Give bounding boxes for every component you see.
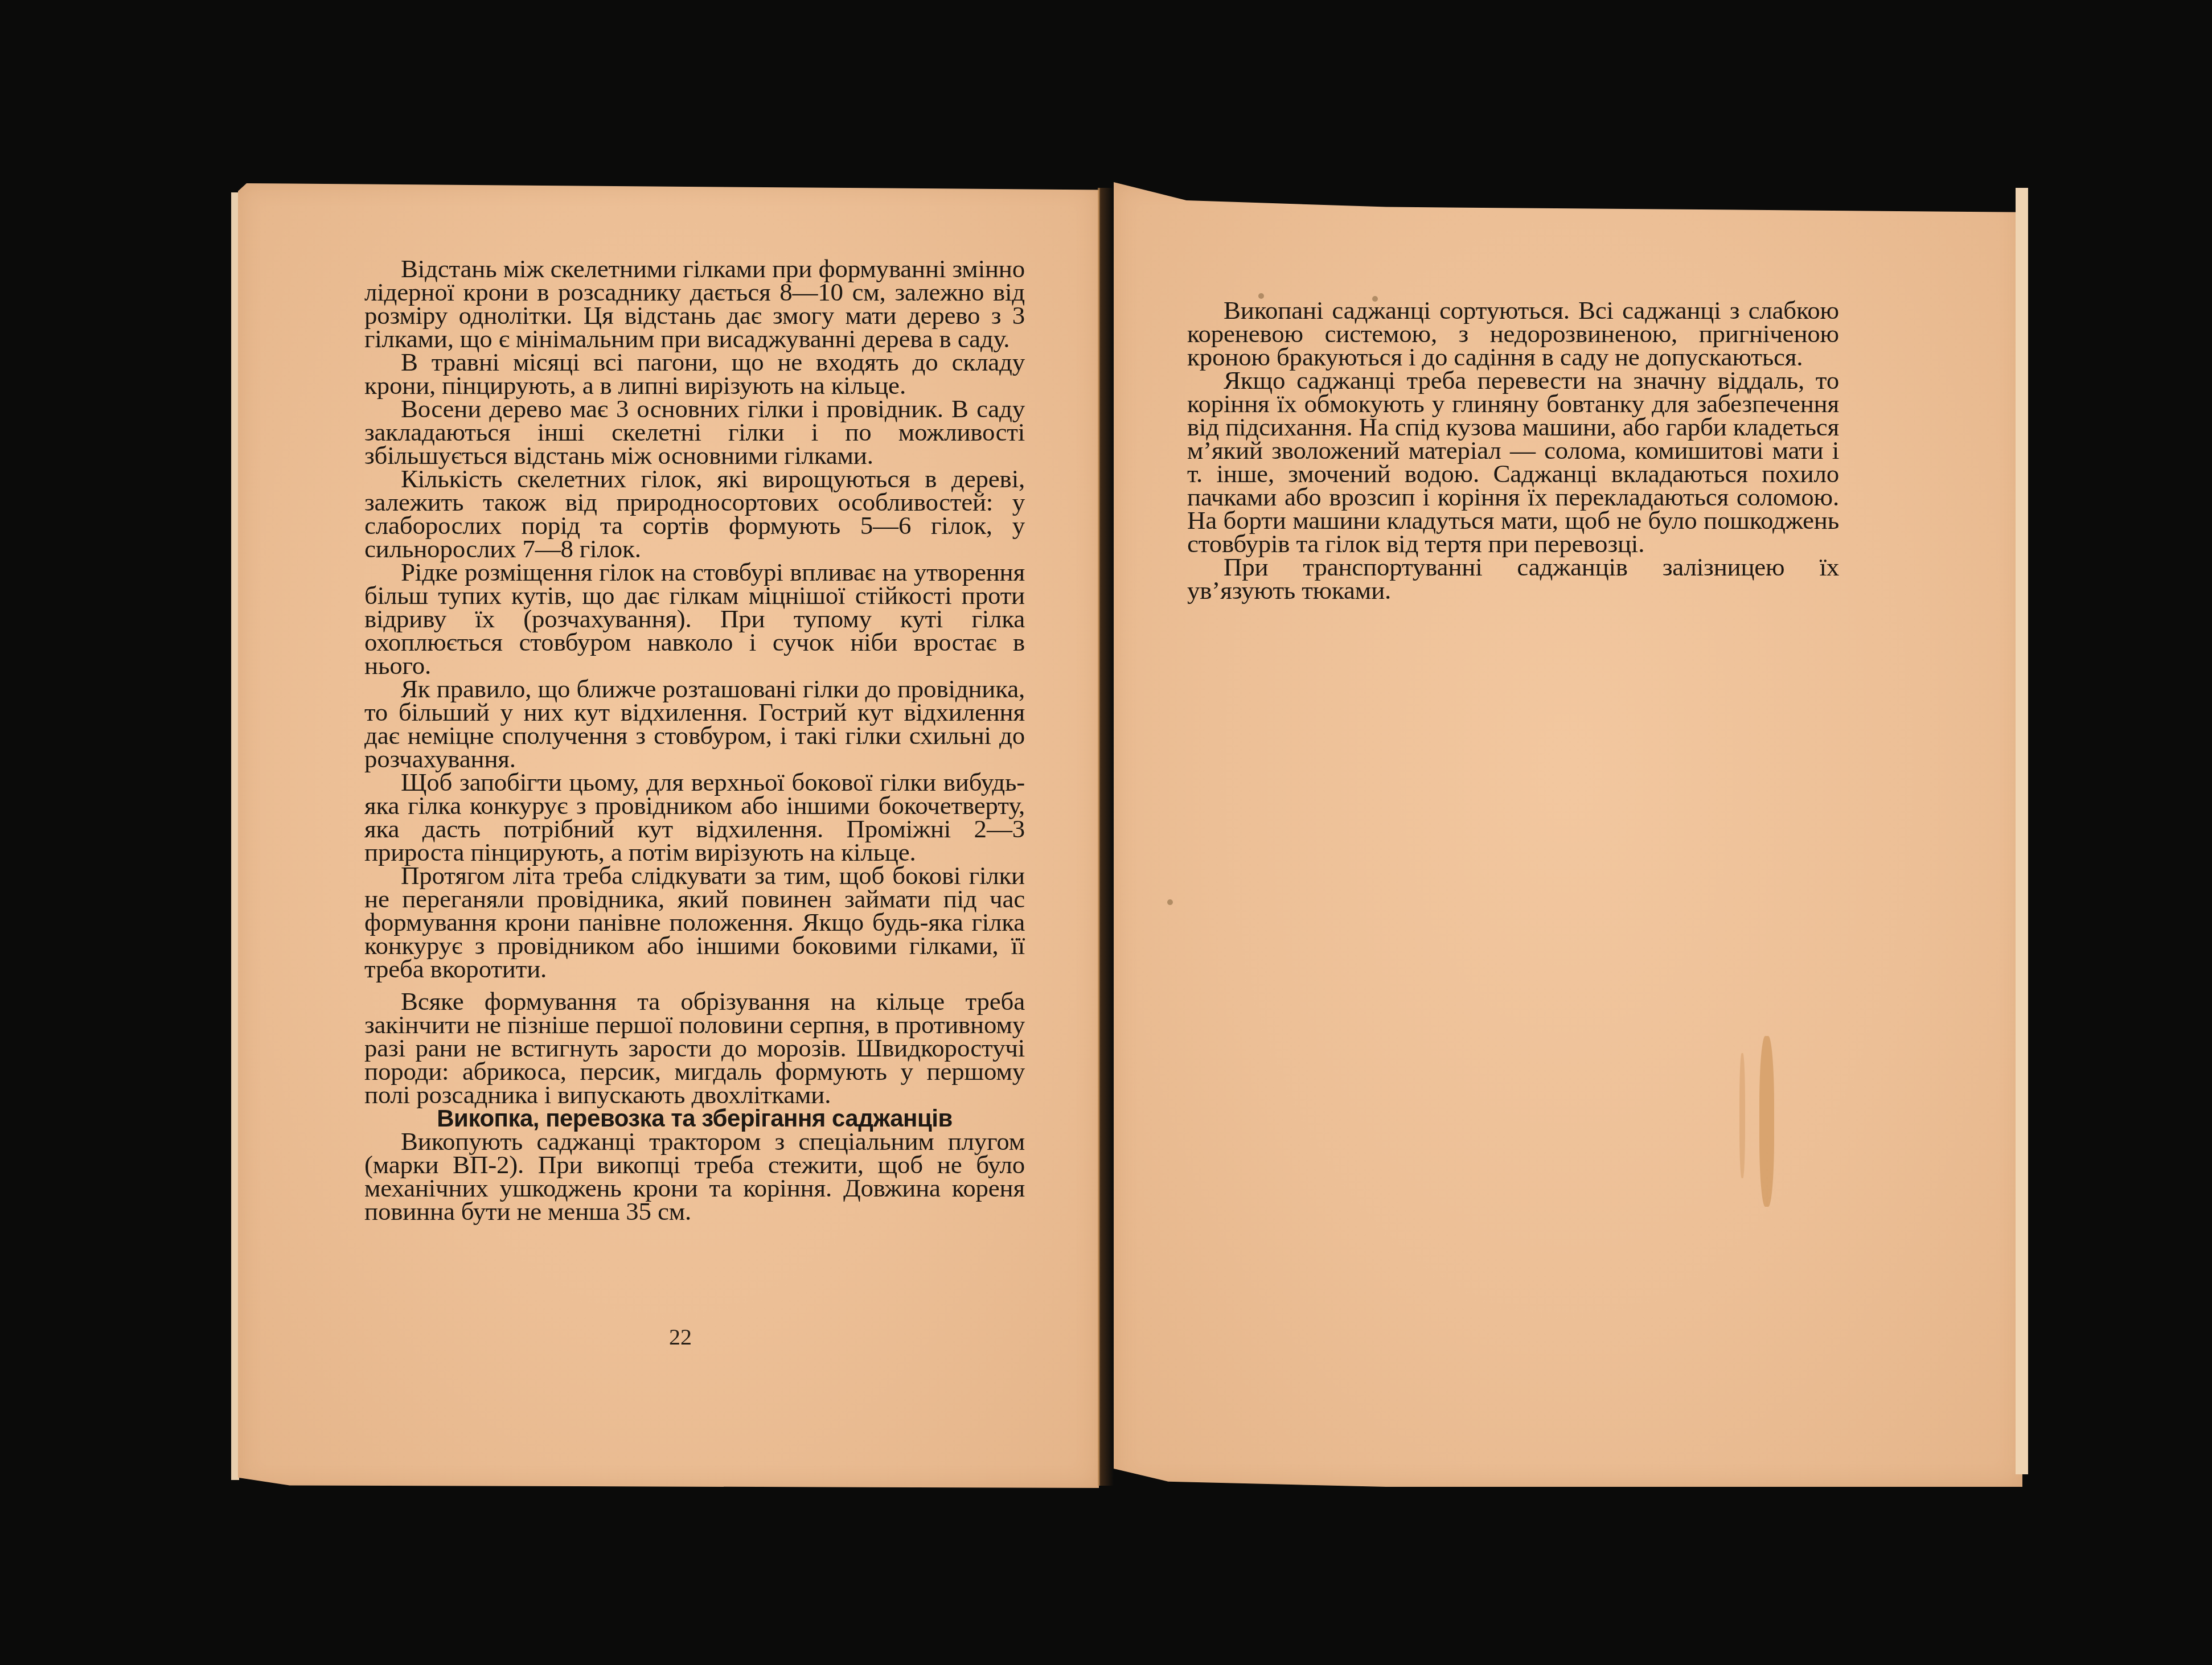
paragraph: Восени дерево має 3 основних гілки і про… [364,397,1025,467]
open-booklet: Відстань між скелетними гілками при форм… [0,0,2212,1665]
right-page-stack-edge [2016,188,2028,1474]
paragraph: Відстань між скелетними гілками при форм… [364,257,1025,351]
paragraph: Рідке розміщення гілок на стовбурі вплив… [364,561,1025,677]
left-page-stack-edge [231,192,239,1480]
paragraph: При транспортуванні саджанців залізницею… [1187,556,1839,602]
page-number: 22 [669,1323,692,1350]
paragraph: Протягом літа треба слідкувати за тим, щ… [364,864,1025,981]
paragraph: В травні місяці всі пагони, що не входят… [364,351,1025,397]
paragraph: Кількість скелетних гілок, які вирощують… [364,467,1025,561]
spine-shadow [1100,188,1114,1486]
paragraph: Всяке формування та обрізування на кільц… [364,990,1025,1107]
left-page-text: Відстань між скелетними гілками при форм… [364,257,1025,1223]
paper-stain [1739,1053,1745,1178]
paragraph: Викопують саджанці трактором з спеціальн… [364,1130,1025,1223]
paragraph: Щоб запобігти цьому, для верхньої боково… [364,771,1025,864]
paper-speck [1167,899,1173,905]
section-heading: Викопка, перевозка та зберігання саджанц… [364,1107,1025,1130]
paragraph: Як правило, що ближче розташовані гілки … [364,677,1025,771]
paragraph: Якщо саджанці треба перевести на значну … [1187,369,1839,556]
right-page-text: Викопані саджанці сортуються. Всі саджан… [1187,299,1839,602]
paragraph: Викопані саджанці сортуються. Всі саджан… [1187,299,1839,369]
paper-stain [1759,1036,1774,1207]
